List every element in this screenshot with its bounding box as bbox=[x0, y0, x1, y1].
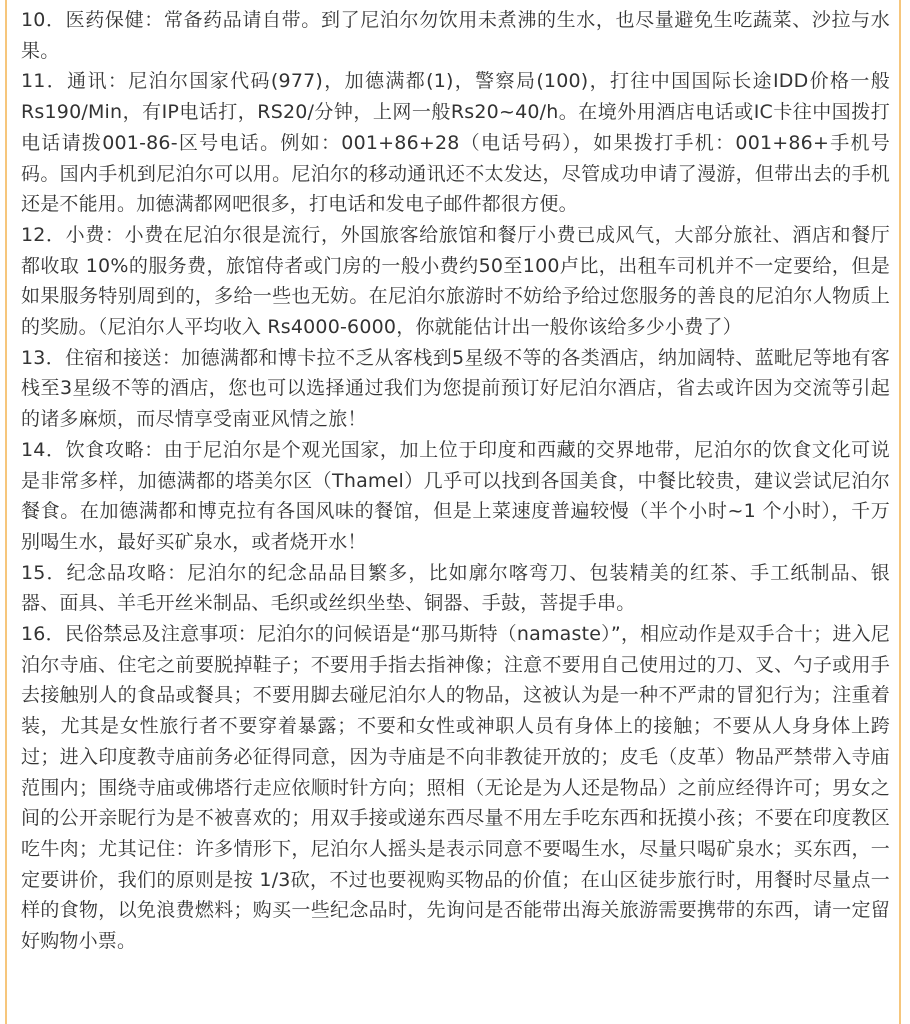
article-body: 10．医药保健：常备药品请自带。到了尼泊尔勿饮用未煮沸的生水，也尽量避免生吃蔬菜… bbox=[21, 5, 890, 957]
paragraph-souvenirs: 15．纪念品攻略：尼泊尔的纪念品品目繁多，比如廓尔喀弯刀、包装精美的红茶、手工纸… bbox=[21, 558, 890, 619]
paragraph-accommodation: 13．住宿和接送：加德满都和博卡拉不乏从客栈到5星级不等的各类酒店，纳加阔特、蓝… bbox=[21, 343, 890, 435]
paragraph-medical: 10．医药保健：常备药品请自带。到了尼泊尔勿饮用未煮沸的生水，也尽量避免生吃蔬菜… bbox=[21, 5, 890, 66]
paragraph-tipping: 12．小费：小费在尼泊尔很是流行，外国旅客给旅馆和餐厅小费已成风气，大部分旅社、… bbox=[21, 220, 890, 343]
paragraph-food: 14．饮食攻略：由于尼泊尔是个观光国家，加上位于印度和西藏的交界地带，尼泊尔的饮… bbox=[21, 435, 890, 558]
paragraph-customs-taboos: 16．民俗禁忌及注意事项：尼泊尔的问候语是“那马斯特（namaste）”，相应动… bbox=[21, 619, 890, 957]
paragraph-communication: 11．通讯：尼泊尔国家代码(977)，加德满都(1)，警察局(100)，打往中国… bbox=[21, 66, 890, 220]
